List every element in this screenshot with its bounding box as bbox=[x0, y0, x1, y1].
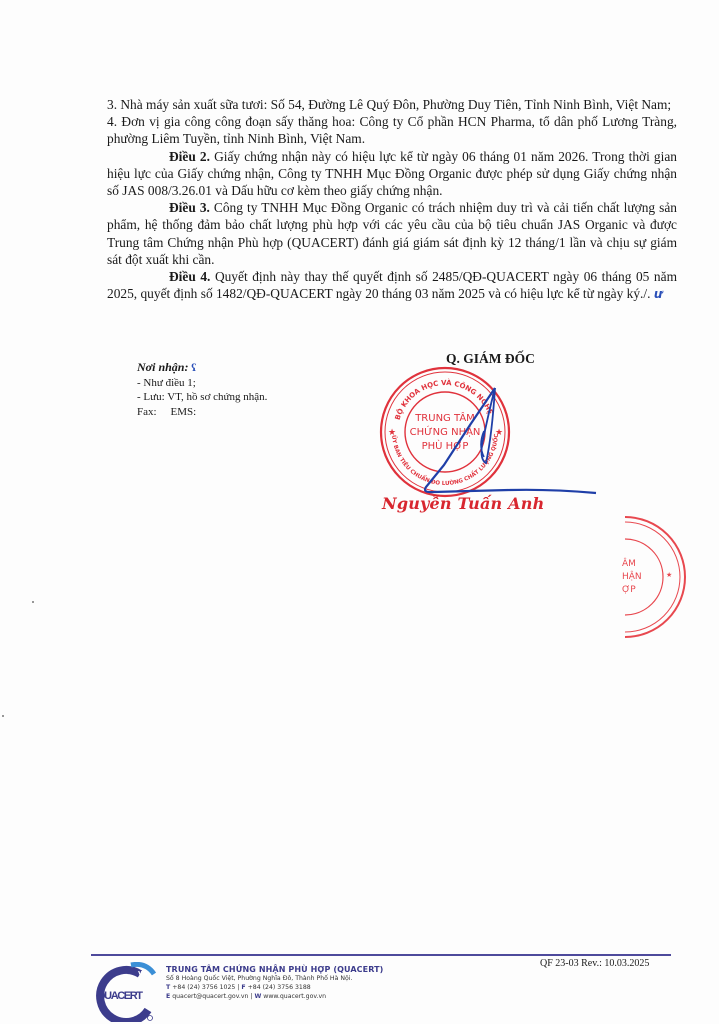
svg-text:★: ★ bbox=[666, 571, 672, 579]
ems-label: EMS: bbox=[171, 405, 199, 420]
fax-ems-line: Fax: EMS: bbox=[137, 405, 267, 420]
website-link[interactable]: www.quacert.gov.vn bbox=[263, 993, 326, 1000]
scan-speck bbox=[32, 601, 34, 603]
article-2: Điều 2. Giấy chứng nhận này có hiệu lực … bbox=[107, 148, 677, 200]
article-2-label: Điều 2. bbox=[169, 149, 210, 164]
scan-speck bbox=[2, 715, 4, 717]
logo-text: QUACERT bbox=[97, 990, 143, 1002]
partial-stamp-line-3: ỢP bbox=[622, 585, 636, 595]
fax-label: Fax: bbox=[137, 405, 165, 420]
quacert-logo: vn QUACERT bbox=[90, 962, 162, 1022]
item-3: 3. Nhà máy sản xuất sữa tươi: Số 54, Đườ… bbox=[107, 96, 677, 113]
initial-mark: ư bbox=[654, 287, 663, 301]
phone: +84 (24) 3756 1025 bbox=[172, 984, 235, 991]
web-line: E quacert@quacert.gov.vn | W www.quacert… bbox=[166, 992, 383, 1001]
article-4: Điều 4. Quyết định này thay thế quyết đị… bbox=[107, 268, 677, 303]
footer-contact: TRUNG TÂM CHỨNG NHẬN PHÙ HỢP (QUACERT) S… bbox=[166, 965, 383, 1001]
org-name: TRUNG TÂM CHỨNG NHẬN PHÙ HỢP (QUACERT) bbox=[166, 965, 383, 974]
article-3-label: Điều 3. bbox=[169, 200, 210, 215]
org-address: Số 8 Hoàng Quốc Việt, Phường Nghĩa Đô, T… bbox=[166, 974, 383, 983]
recipients-mark: ʕ bbox=[191, 362, 196, 374]
phone-line: T +84 (24) 3756 1025 | F +84 (24) 3756 3… bbox=[166, 983, 383, 992]
email-link[interactable]: quacert@quacert.gov.vn bbox=[172, 993, 248, 1000]
item-4: 4. Đơn vị gia công công đoạn sấy thăng h… bbox=[107, 113, 677, 147]
recipient-item: - Như điều 1; bbox=[137, 376, 267, 391]
handwritten-signature-stroke bbox=[400, 385, 600, 495]
logo-badge: vn bbox=[138, 969, 148, 977]
recipients-title: Nơi nhận: bbox=[137, 360, 188, 374]
article-4-label: Điều 4. bbox=[169, 269, 210, 284]
svg-text:★: ★ bbox=[388, 427, 396, 437]
recipients-block: Nơi nhận: ʕ - Như điều 1; - Lưu: VT, hồ … bbox=[137, 360, 267, 419]
footer-rule bbox=[91, 954, 671, 956]
partial-stamp-line-2: HẬN bbox=[622, 570, 642, 582]
decision-body: 3. Nhà máy sản xuất sữa tươi: Số 54, Đườ… bbox=[107, 96, 677, 303]
article-3: Điều 3. Công ty TNHH Mục Đồng Organic có… bbox=[107, 199, 677, 268]
partial-stamp: ★ ÂM HẬN ỢP bbox=[620, 515, 719, 640]
partial-stamp-line-1: ÂM bbox=[622, 557, 636, 569]
form-code: QF 23-03 Rev.: 10.03.2025 bbox=[540, 958, 649, 969]
fax: +84 (24) 3756 3188 bbox=[248, 984, 311, 991]
recipient-item: - Lưu: VT, hồ sơ chứng nhận. bbox=[137, 390, 267, 405]
signer-name: Nguyễn Tuấn Anh bbox=[382, 494, 544, 513]
document-page: 3. Nhà máy sản xuất sữa tươi: Số 54, Đườ… bbox=[0, 0, 719, 1024]
